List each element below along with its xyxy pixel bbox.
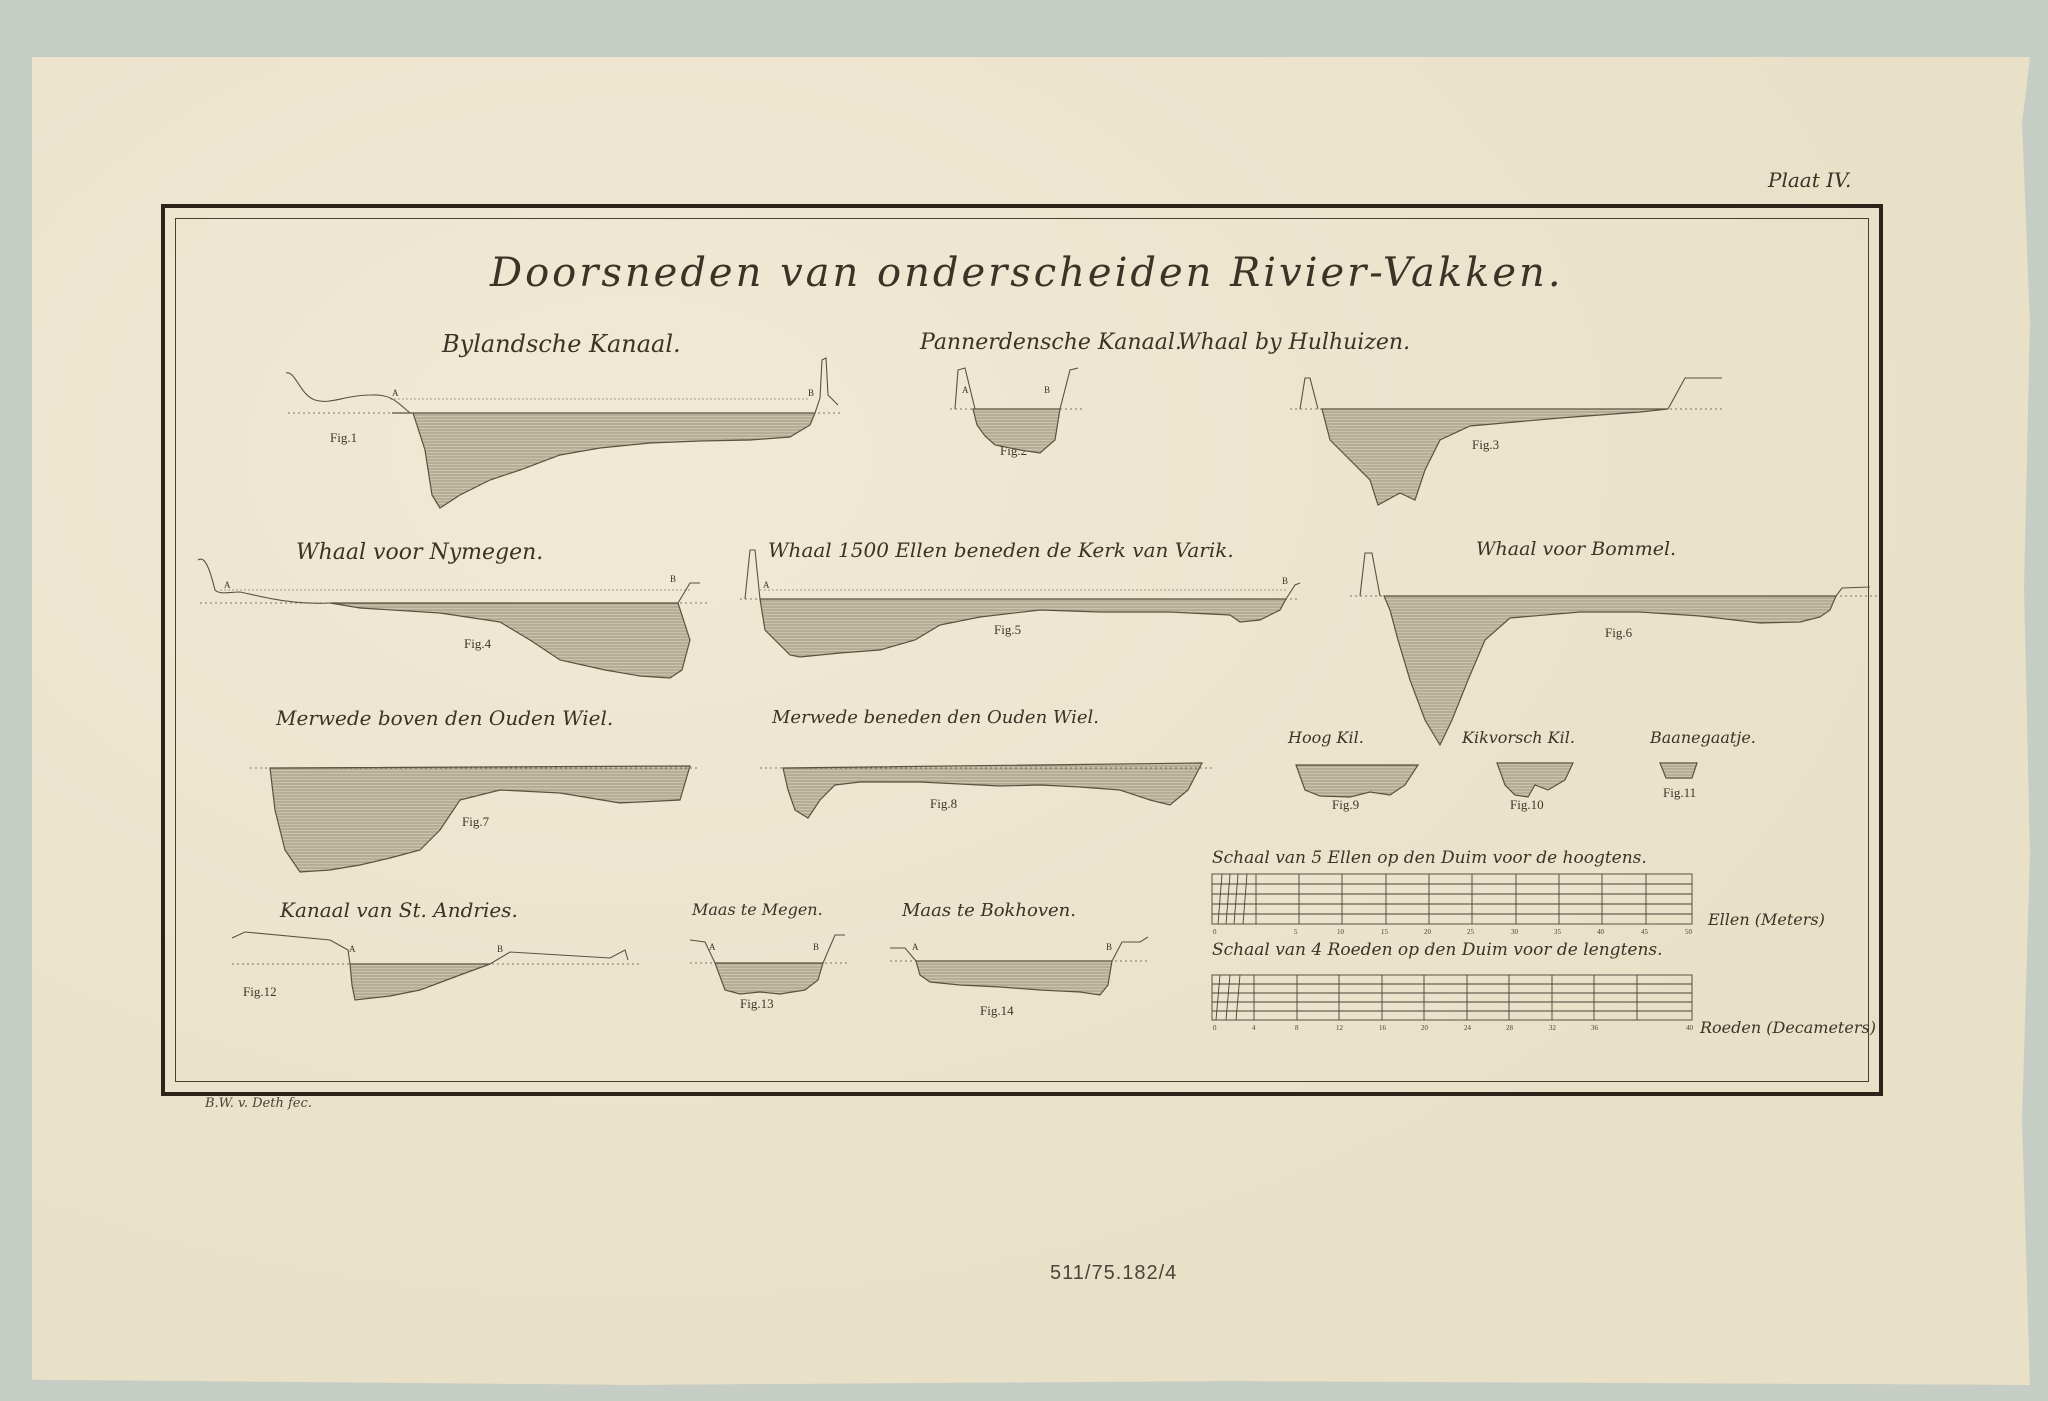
fig10-section [1497,763,1573,797]
height-tick: 10 [1337,928,1344,936]
height-tick: 30 [1511,928,1518,936]
length-tick: 36 [1591,1024,1598,1032]
fig7-section [270,766,690,872]
fig11-section [1660,763,1697,778]
svg-text:B: B [808,388,814,398]
height-tick-origin: 0 [1213,928,1217,936]
height-scale-unit: Ellen (Meters) [1708,910,1825,929]
length-scale-unit: Roeden (Decameters) [1700,1018,1876,1037]
height-tick: 5 [1294,928,1298,936]
svg-text:B: B [497,944,503,954]
height-tick: 15 [1381,928,1388,936]
cross-sections-drawing: AB AB AB AB AB AB AB [0,0,2048,1401]
svg-text:B: B [670,574,676,584]
fig4-section [330,603,690,678]
engraver-signature: B.W. v. Deth fec. [205,1096,312,1111]
fig14-section [916,961,1112,995]
svg-text:A: A [912,942,919,952]
length-tick-origin: 0 [1213,1024,1217,1032]
length-tick: 12 [1336,1024,1343,1032]
length-tick: 40 [1686,1024,1693,1032]
height-tick: 25 [1467,928,1474,936]
svg-text:B: B [813,942,819,952]
svg-text:A: A [224,580,231,590]
length-tick: 8 [1295,1024,1299,1032]
fig12-section [350,964,490,1000]
height-tick: 20 [1424,928,1431,936]
fig1-section [392,413,815,508]
height-tick: 35 [1554,928,1561,936]
fig9-section [1296,765,1418,797]
height-tick: 45 [1641,928,1648,936]
fig6-section [1384,596,1836,745]
height-tick: 40 [1597,928,1604,936]
length-tick: 16 [1379,1024,1386,1032]
svg-text:B: B [1044,385,1050,395]
length-tick: 4 [1252,1024,1256,1032]
length-tick: 28 [1506,1024,1513,1032]
length-tick: 32 [1549,1024,1556,1032]
svg-text:B: B [1106,942,1112,952]
svg-text:B: B [1282,576,1288,586]
svg-text:A: A [763,580,770,590]
svg-text:A: A [392,388,399,398]
svg-text:A: A [349,944,356,954]
svg-text:A: A [709,942,716,952]
length-tick: 24 [1464,1024,1471,1032]
length-tick: 20 [1421,1024,1428,1032]
height-scale-grid [1212,874,1692,924]
svg-text:A: A [962,385,969,395]
length-scale-grid [1212,975,1692,1020]
fig2-section [973,409,1060,453]
length-scale-title: Schaal van 4 Roeden op den Duim voor de … [1212,940,1663,960]
fig3a-section [1322,409,1668,505]
height-scale-title: Schaal van 5 Ellen op den Duim voor de h… [1212,848,1647,868]
fig5-section [760,599,1286,657]
fig13-section [715,963,823,994]
height-tick: 50 [1685,928,1692,936]
inventory-number: 511/75.182/4 [1050,1262,1177,1285]
fig8-section [783,763,1202,818]
